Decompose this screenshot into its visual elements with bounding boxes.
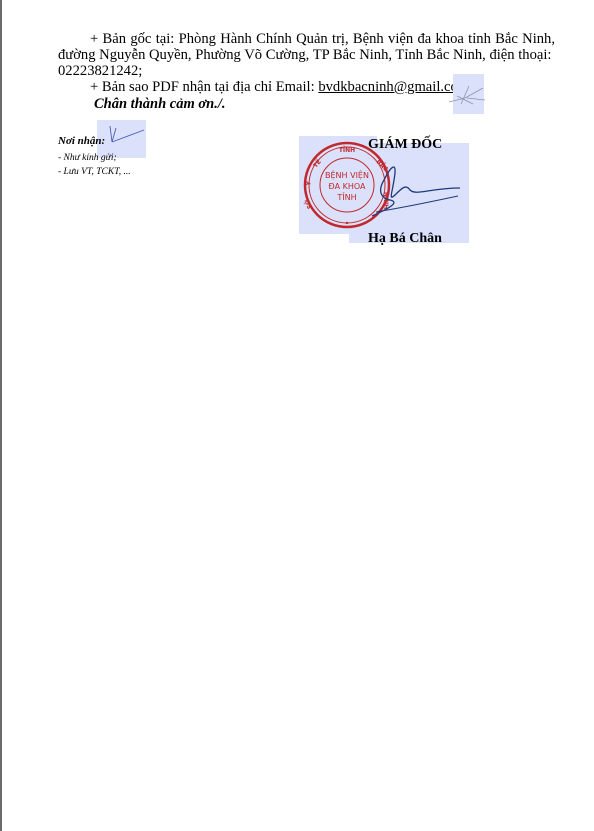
svg-text:BỆNH VIỆN: BỆNH VIỆN bbox=[325, 169, 369, 181]
page-left-border bbox=[0, 0, 2, 831]
recipients-label: Nơi nhận: bbox=[58, 135, 105, 147]
svg-text:ĐA KHOA: ĐA KHOA bbox=[329, 182, 366, 191]
mini-signature-icon bbox=[447, 80, 487, 110]
recipient-item: - Như kính gửi; bbox=[58, 153, 117, 163]
signer-name: Hạ Bá Chân bbox=[368, 231, 442, 247]
recipient-item: - Lưu VT, TCKT, ... bbox=[58, 167, 131, 177]
original-location-text: + Bản gốc tại: Phòng Hành Chính Quản trị… bbox=[58, 31, 555, 63]
mini-signature-icon bbox=[100, 122, 146, 152]
paragraph-original-location: + Bản gốc tại: Phòng Hành Chính Quản trị… bbox=[58, 31, 555, 79]
handwritten-signature-icon bbox=[370, 150, 465, 230]
svg-text:TỈNH: TỈNH bbox=[339, 146, 355, 154]
pdf-copy-text: + Bản sao PDF nhận tại địa chỉ Email: bbox=[90, 79, 318, 95]
phone-number: 02223821242; bbox=[58, 63, 142, 79]
thanks-line: Chân thành cảm ơn./. bbox=[94, 96, 225, 113]
svg-text:TỈNH: TỈNH bbox=[336, 191, 356, 202]
